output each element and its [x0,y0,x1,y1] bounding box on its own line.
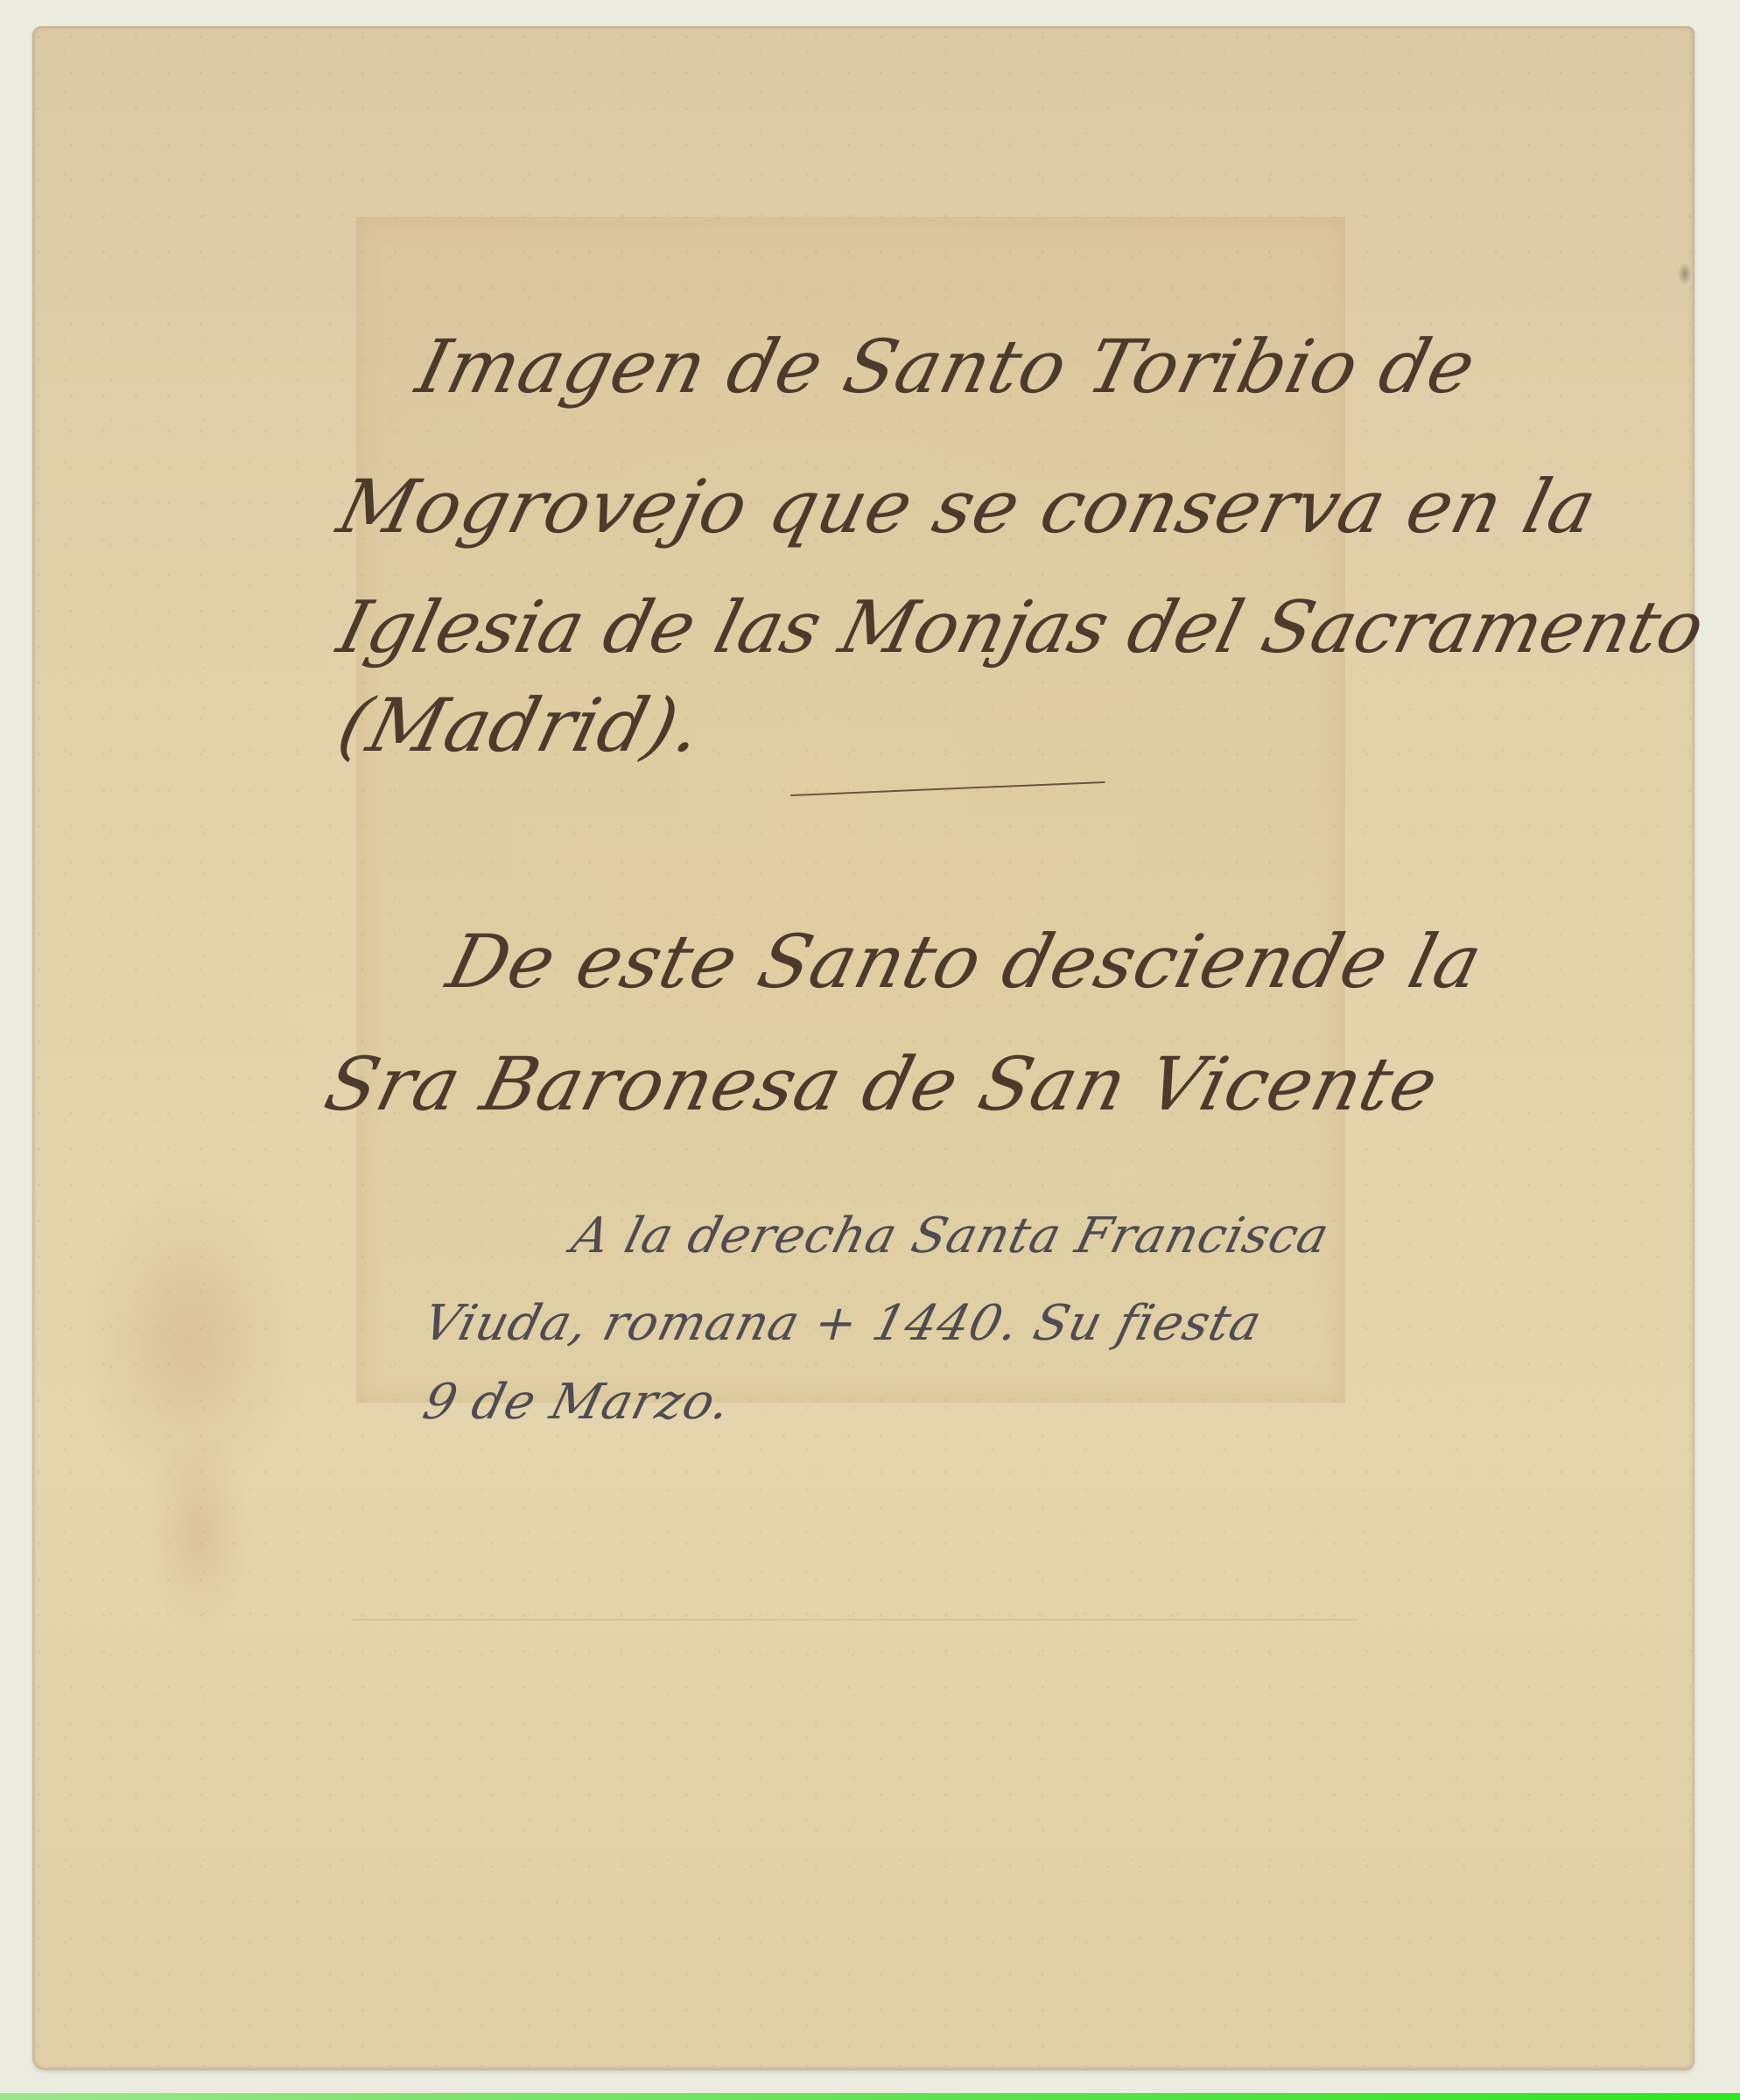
main-text-line-1: Imagen de Santo Toribio de [409,324,1484,409]
pencil-note-line-2: Viuda, romana + 1440. Su fiesta [417,1295,1267,1352]
pencil-note-line-3: 9 de Marzo. [417,1374,737,1431]
pencil-note-line-1: A la derecha Santa Francisca [566,1207,1335,1264]
plate-mark-lower-edge [352,1619,1358,1620]
second-text-line-1: De este Santo desciende la [439,919,1491,1004]
second-text-line-2: Sra Baronesa de San Vicente [317,1041,1447,1127]
main-text-line-2: Mogrovejo que se conserva en la [330,464,1605,549]
bottom-green-bar [0,2093,1740,2100]
main-text-line-4: (Madrid). [330,682,712,768]
main-text-line-3: Iglesia de las Monjas del Sacramento [330,586,1712,669]
foxing-stain [146,1426,251,1636]
ink-spot [1678,262,1692,285]
card-mount: Imagen de Santo Toribio de Mogrovejo que… [32,26,1694,2070]
